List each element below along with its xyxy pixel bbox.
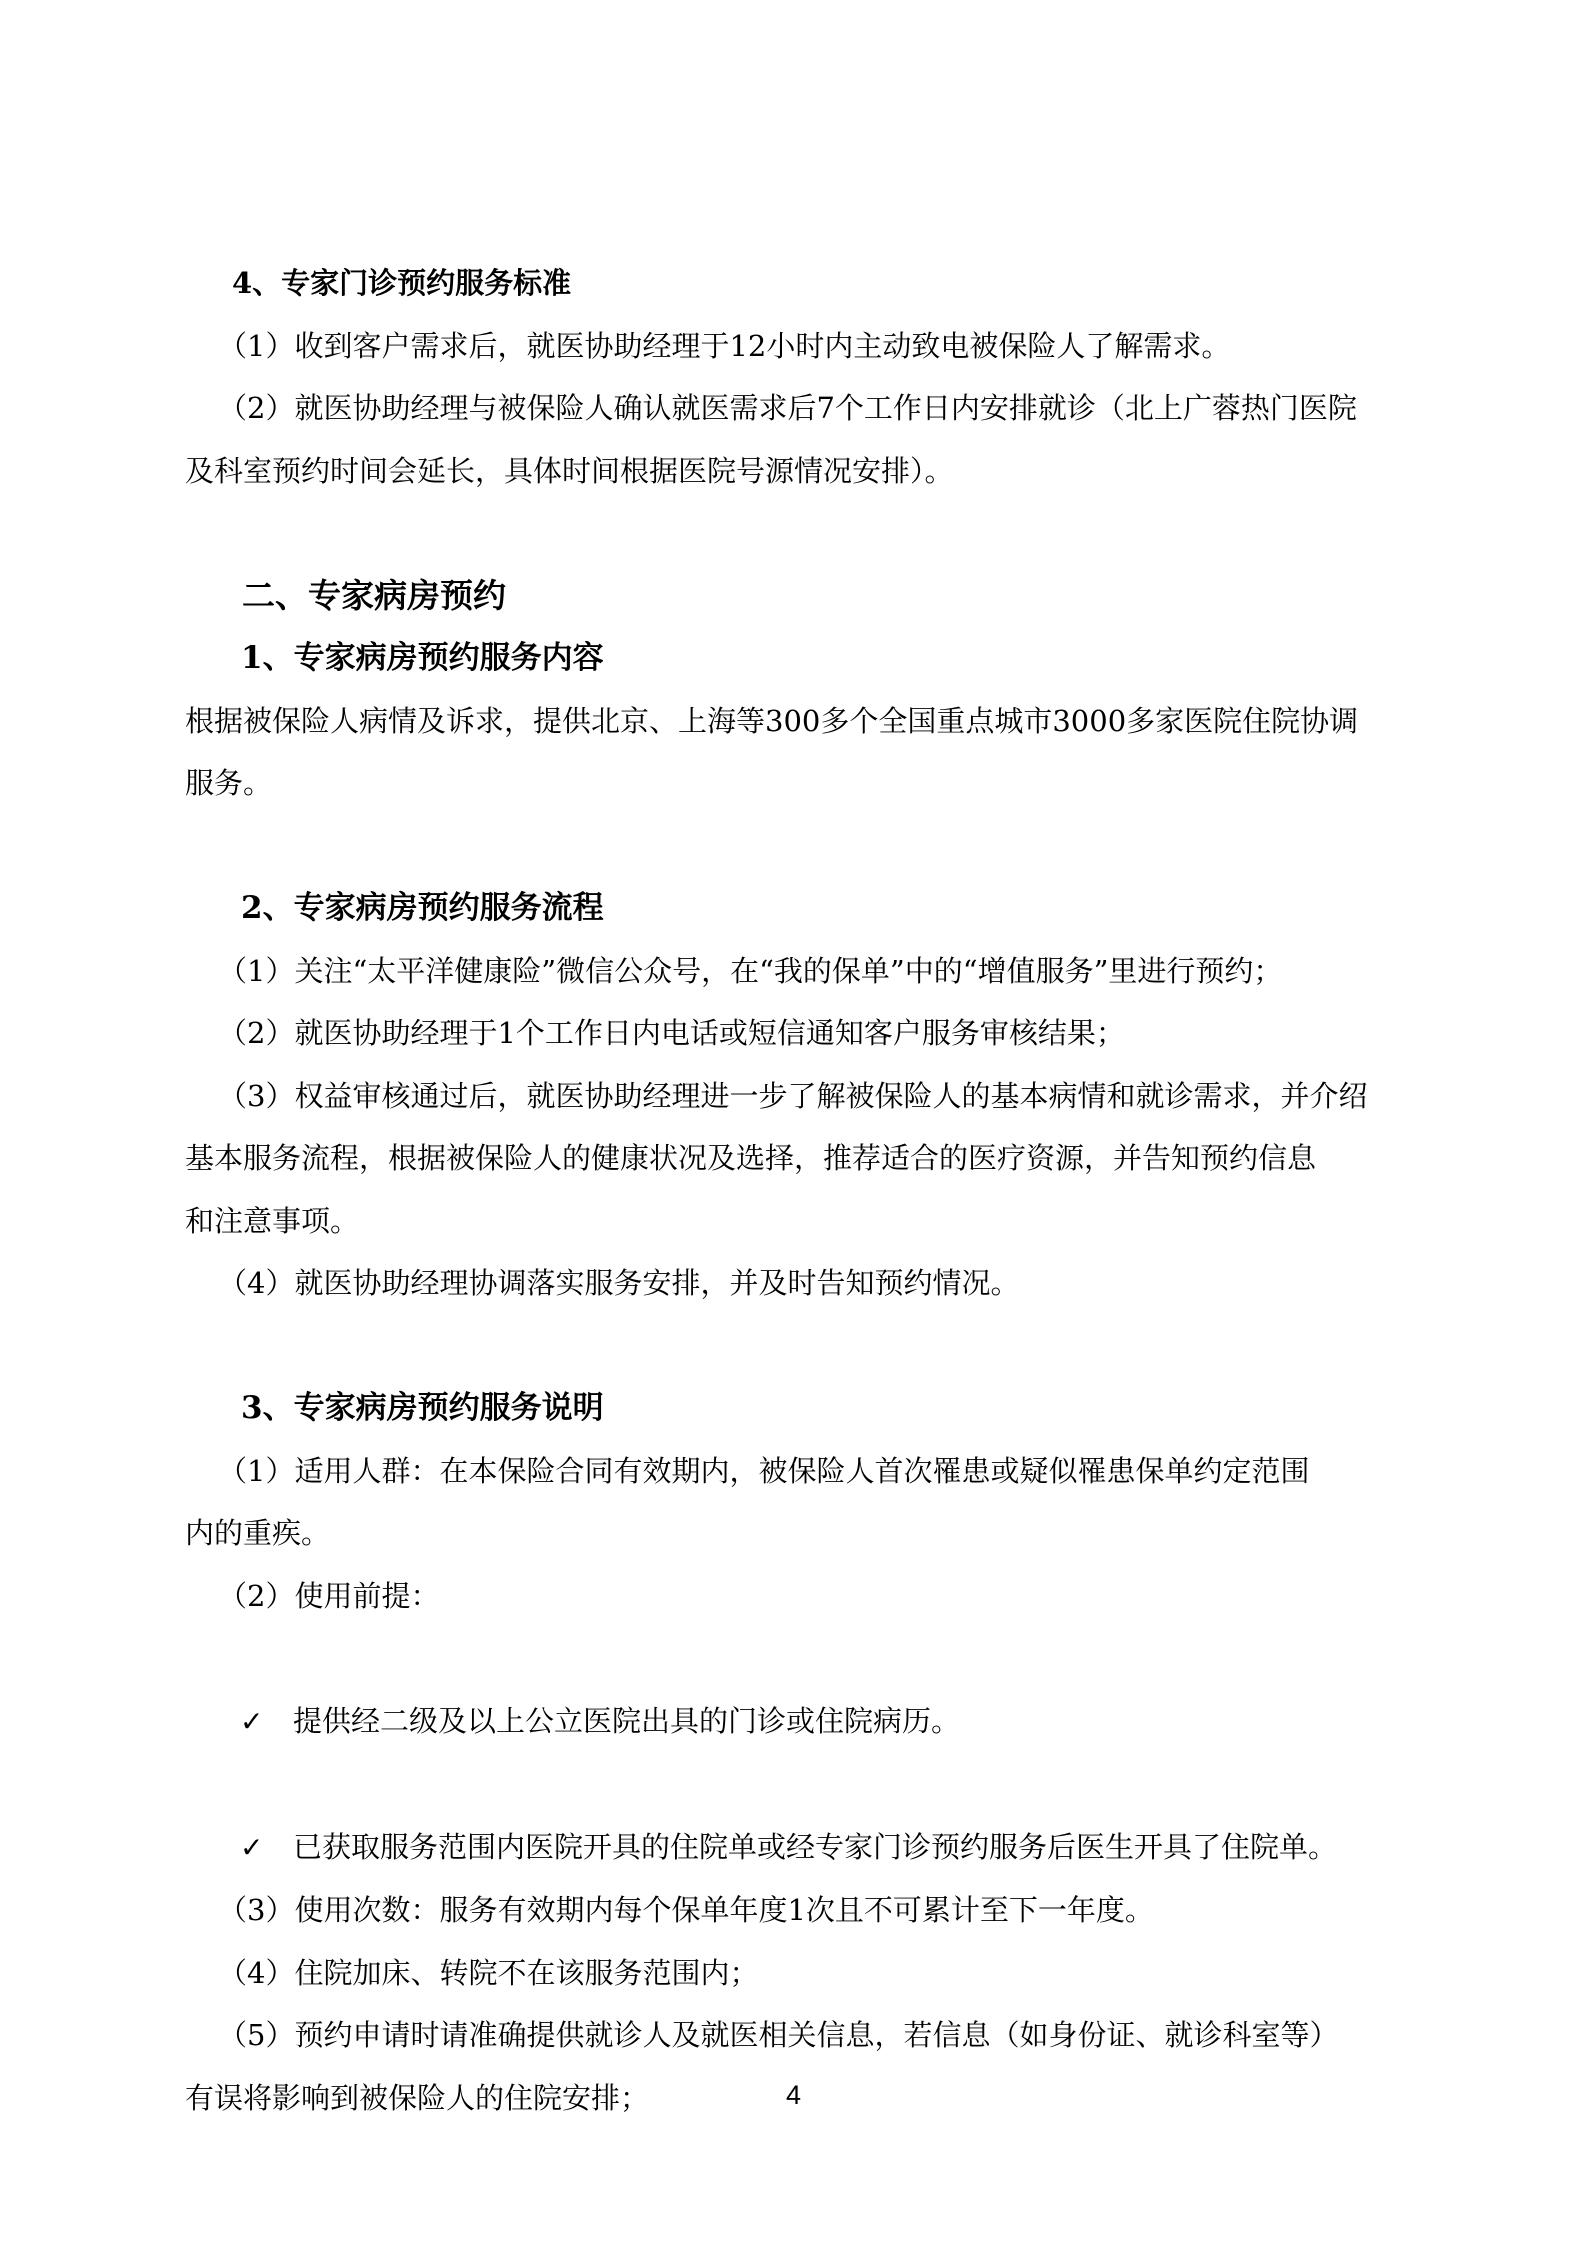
paragraph: （4）住院加床、转院不在该服务范围内； [185, 1942, 1447, 2005]
sub-heading: 1、专家病房预约服务内容 [185, 627, 1447, 690]
check-item: ✓提供经二级及以上公立医院出具的门诊或住院病历。 [185, 1627, 1447, 1753]
check-icon: ✓ [240, 1817, 293, 1880]
document-body: 4、专家门诊预约服务标准 （1）收到客户需求后，就医协助经理于12小时内主动致电… [185, 252, 1447, 2129]
check-icon: ✓ [240, 1691, 293, 1754]
document-page: 4、专家门诊预约服务标准 （1）收到客户需求后，就医协助经理于12小时内主动致电… [0, 0, 1587, 2245]
paragraph: （1）关注“太平洋健康险”微信公众号，在“我的保单”中的“增值服务”里进行预约； [185, 940, 1447, 1003]
page-number: 4 [0, 2077, 1587, 2113]
paragraph: 根据被保险人病情及诉求，提供北京、上海等300多个全国重点城市3000多家医院住… [185, 690, 1447, 815]
paragraph: （1）收到客户需求后，就医协助经理于12小时内主动致电被保险人了解需求。 [185, 315, 1447, 378]
check-item-text: 已获取服务范围内医院开具的住院单或经专家门诊预约服务后医生开具了住院单。 [293, 1830, 1337, 1864]
check-item-text: 提供经二级及以上公立医院出具的门诊或住院病历。 [293, 1704, 960, 1738]
check-item: ✓已获取服务范围内医院开具的住院单或经专家门诊预约服务后医生开具了住院单。 [185, 1753, 1447, 1879]
paragraph: （2）就医协助经理于1个工作日内电话或短信通知客户服务审核结果； [185, 1002, 1447, 1065]
sub-heading: 3、专家病房预约服务说明 [185, 1377, 1447, 1440]
paragraph: （2）使用前提： [185, 1565, 1447, 1628]
paragraph: （3）使用次数：服务有效期内每个保单年度1次且不可累计至下一年度。 [185, 1879, 1447, 1942]
paragraph: （1）适用人群：在本保险合同有效期内，被保险人首次罹患或疑似罹患保单约定范围 内… [185, 1440, 1447, 1565]
section-heading: 二、专家病房预约 [185, 565, 1447, 628]
sub-heading: 4、专家门诊预约服务标准 [185, 252, 1447, 315]
paragraph: （4）就医协助经理协调落实服务安排，并及时告知预约情况。 [185, 1252, 1447, 1315]
paragraph: （3）权益审核通过后，就医协助经理进一步了解被保险人的基本病情和就诊需求，并介绍… [185, 1065, 1447, 1253]
sub-heading: 2、专家病房预约服务流程 [185, 877, 1447, 940]
paragraph: （2）就医协助经理与被保险人确认就医需求后7个工作日内安排就诊（北上广蓉热门医院… [185, 377, 1447, 502]
